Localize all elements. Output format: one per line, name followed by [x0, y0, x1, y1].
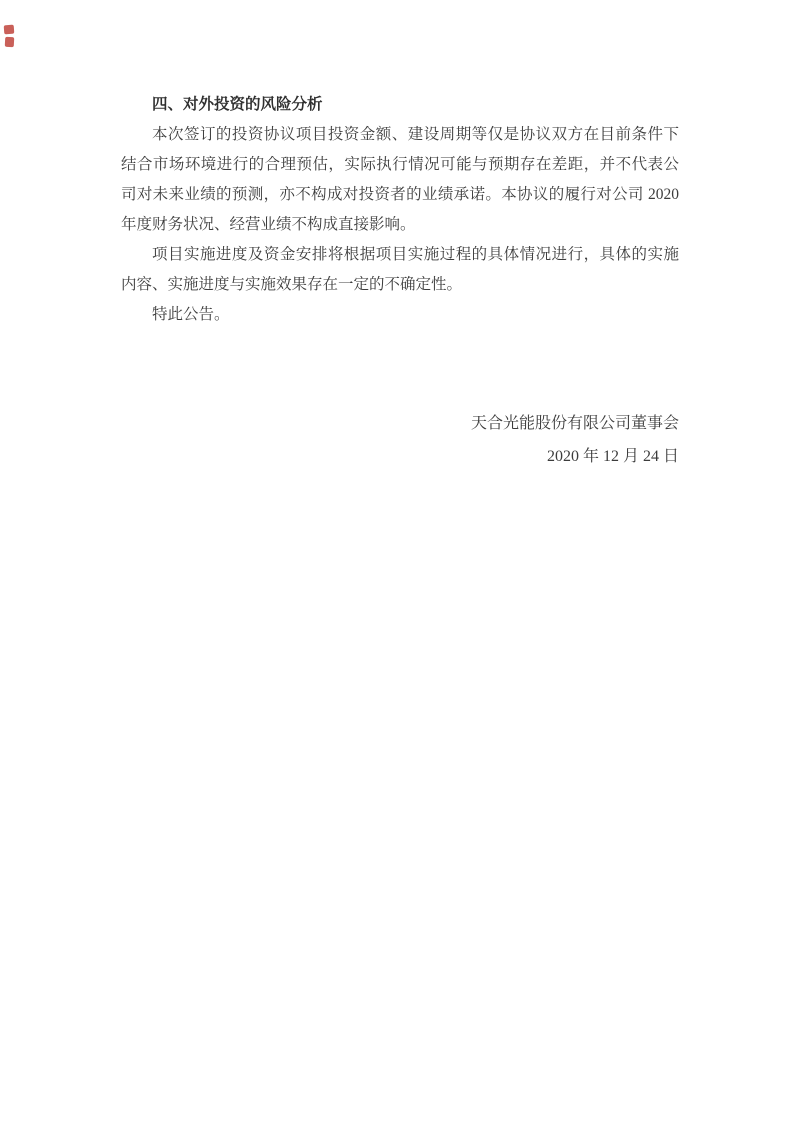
red-stamp-fragment: [0, 24, 18, 50]
paragraph-announcement-closing: 特此公告。: [121, 300, 679, 330]
paragraph-risk-statement: 本次签订的投资协议项目投资金额、建设周期等仅是协议双方在目前条件下 结合市场环境…: [121, 120, 679, 240]
red-ink-mark-icon: [5, 37, 15, 47]
signature-block: 天合光能股份有限公司董事会 2020 年 12 月 24 日: [121, 407, 679, 473]
signature-company: 天合光能股份有限公司董事会: [121, 407, 679, 440]
signature-date: 2020 年 12 月 24 日: [121, 440, 679, 473]
paragraph-line: 内容、实施进度与实施效果存在一定的不确定性。: [121, 270, 679, 300]
paragraph-line: 司对未来业绩的预测，亦不构成对投资者的业绩承诺。本协议的履行对公司 2020: [121, 180, 679, 210]
red-ink-mark-icon: [4, 25, 15, 35]
section-heading-risk-analysis: 四、对外投资的风险分析: [121, 90, 679, 120]
announcement-page: 四、对外投资的风险分析 本次签订的投资协议项目投资金额、建设周期等仅是协议双方在…: [0, 0, 800, 1131]
paragraph-implementation-uncertainty: 项目实施进度及资金安排将根据项目实施过程的具体情况进行，具体的实施 内容、实施进…: [121, 240, 679, 300]
paragraph-line: 年度财务状况、经营业绩不构成直接影响。: [121, 210, 679, 240]
paragraph-line: 本次签订的投资协议项目投资金额、建设周期等仅是协议双方在目前条件下: [121, 120, 679, 150]
paragraph-line: 项目实施进度及资金安排将根据项目实施过程的具体情况进行，具体的实施: [121, 240, 679, 270]
document-body: 四、对外投资的风险分析 本次签订的投资协议项目投资金额、建设周期等仅是协议双方在…: [121, 90, 679, 473]
paragraph-line: 结合市场环境进行的合理预估，实际执行情况可能与预期存在差距，并不代表公: [121, 150, 679, 180]
